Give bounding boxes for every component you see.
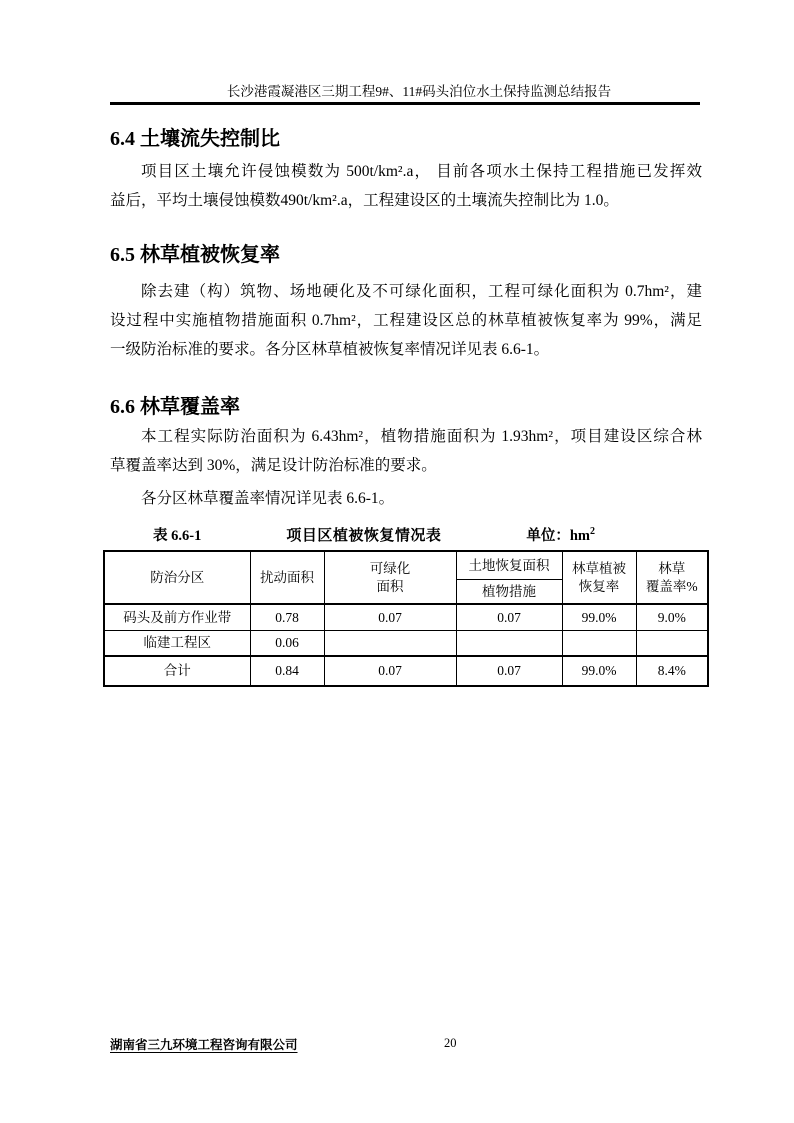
cell-zone-name: 合计 bbox=[104, 656, 250, 686]
cell-recovery: 99.0% bbox=[562, 656, 636, 686]
cell-greenable: 0.07 bbox=[324, 656, 456, 686]
table-number-label: 表 6.6-1 bbox=[153, 524, 201, 545]
table-caption: 表 6.6-1 项目区植被恢复情况表 单位：hm2 bbox=[103, 521, 707, 547]
paragraph-6-6: 本工程实际防治面积为 6.43hm²，植物措施面积为 1.93hm²，项目建设区… bbox=[110, 422, 702, 480]
section-heading-6-5: 6.5 林草植被恢复率 bbox=[110, 242, 710, 268]
cell-plant bbox=[456, 631, 562, 657]
cell-greenable: 0.07 bbox=[324, 604, 456, 631]
table-row: 码头及前方作业带 0.78 0.07 0.07 99.0% 9.0% bbox=[104, 604, 708, 631]
header-cell-disturbed-area: 扰动面积 bbox=[250, 551, 324, 604]
table-title: 项目区植被恢复情况表 bbox=[286, 524, 441, 545]
paragraph-line: 益后，平均土壤侵蚀模数490t/km².a，工程建设区的土壤流失控制比为 1.0… bbox=[110, 186, 702, 215]
cell-disturbed: 0.06 bbox=[250, 631, 324, 657]
cell-coverage: 8.4% bbox=[636, 656, 708, 686]
unit-superscript: 2 bbox=[590, 526, 595, 537]
paragraph-line: 草覆盖率达到 30%，满足设计防治标准的要求。 bbox=[110, 451, 702, 480]
header-line: 恢复率 bbox=[565, 578, 634, 596]
paragraph-line: 本工程实际防治面积为 6.43hm²，植物措施面积为 1.93hm²，项目建设区… bbox=[110, 422, 702, 451]
page-number: 20 bbox=[444, 1036, 457, 1051]
header-line: 面积 bbox=[327, 578, 454, 596]
cell-zone-name: 码头及前方作业带 bbox=[104, 604, 250, 631]
cell-zone-name: 临建工程区 bbox=[104, 631, 250, 657]
header-cell-greenable-area: 可绿化 面积 bbox=[324, 551, 456, 604]
cell-plant: 0.07 bbox=[456, 604, 562, 631]
unit-base: hm bbox=[570, 528, 590, 544]
header-line: 覆盖率% bbox=[639, 578, 706, 596]
cell-recovery bbox=[562, 631, 636, 657]
vegetation-recovery-table: 防治分区 扰动面积 可绿化 面积 土地恢复面积 林草植被 恢复率 林草 覆盖率%… bbox=[103, 550, 709, 687]
header-cell-land-recovery: 土地恢复面积 bbox=[456, 551, 562, 580]
unit-prefix: 单位： bbox=[526, 528, 570, 544]
table-row: 临建工程区 0.06 bbox=[104, 631, 708, 657]
paragraph-line: 一级防治标准的要求。各分区林草植被恢复率情况详见表 6.6-1。 bbox=[110, 335, 702, 364]
paragraph-6-5: 除去建（构）筑物、场地硬化及不可绿化面积，工程可绿化面积为 0.7hm²，建 设… bbox=[110, 277, 702, 364]
paragraph-line: 除去建（构）筑物、场地硬化及不可绿化面积，工程可绿化面积为 0.7hm²，建 bbox=[110, 277, 702, 306]
table-unit-label: 单位：hm2 bbox=[526, 524, 595, 545]
header-cell-zone: 防治分区 bbox=[104, 551, 250, 604]
paragraph-line: 项目区土壤允许侵蚀模数为 500t/km².a， 目前各项水土保持工程措施已发挥… bbox=[110, 157, 702, 186]
section-heading-6-6: 6.6 林草覆盖率 bbox=[110, 394, 710, 420]
header-line: 可绿化 bbox=[327, 560, 454, 578]
cell-recovery: 99.0% bbox=[562, 604, 636, 631]
document-page: 长沙港霞凝港区三期工程9#、11#码头泊位水土保持监测总结报告 6.4 土壤流失… bbox=[0, 0, 794, 1123]
paragraph-line: 设过程中实施植物措施面积 0.7hm²，工程建设区总的林草植被恢复率为 99%，… bbox=[110, 306, 702, 335]
paragraph-6-6-ref: 各分区林草覆盖率情况详见表 6.6-1。 bbox=[110, 484, 702, 513]
header-line: 林草 bbox=[639, 560, 706, 578]
paragraph-line: 各分区林草覆盖率情况详见表 6.6-1。 bbox=[110, 484, 702, 513]
cell-greenable bbox=[324, 631, 456, 657]
header-rule-divider bbox=[110, 102, 700, 105]
header-cell-recovery-rate: 林草植被 恢复率 bbox=[562, 551, 636, 604]
header-cell-coverage-rate: 林草 覆盖率% bbox=[636, 551, 708, 604]
header-line: 林草植被 bbox=[565, 560, 634, 578]
header-cell-plant-measure: 植物措施 bbox=[456, 580, 562, 605]
cell-plant: 0.07 bbox=[456, 656, 562, 686]
running-header-title: 长沙港霞凝港区三期工程9#、11#码头泊位水土保持监测总结报告 bbox=[110, 83, 700, 100]
cell-coverage: 9.0% bbox=[636, 604, 708, 631]
paragraph-6-4: 项目区土壤允许侵蚀模数为 500t/km².a， 目前各项水土保持工程措施已发挥… bbox=[110, 157, 702, 215]
footer-company-name: 湖南省三九环境工程咨询有限公司 bbox=[110, 1035, 298, 1053]
table-header-row-1: 防治分区 扰动面积 可绿化 面积 土地恢复面积 林草植被 恢复率 林草 覆盖率% bbox=[104, 551, 708, 580]
cell-disturbed: 0.84 bbox=[250, 656, 324, 686]
section-heading-6-4: 6.4 土壤流失控制比 bbox=[110, 126, 710, 152]
cell-disturbed: 0.78 bbox=[250, 604, 324, 631]
cell-coverage bbox=[636, 631, 708, 657]
table-total-row: 合计 0.84 0.07 0.07 99.0% 8.4% bbox=[104, 656, 708, 686]
